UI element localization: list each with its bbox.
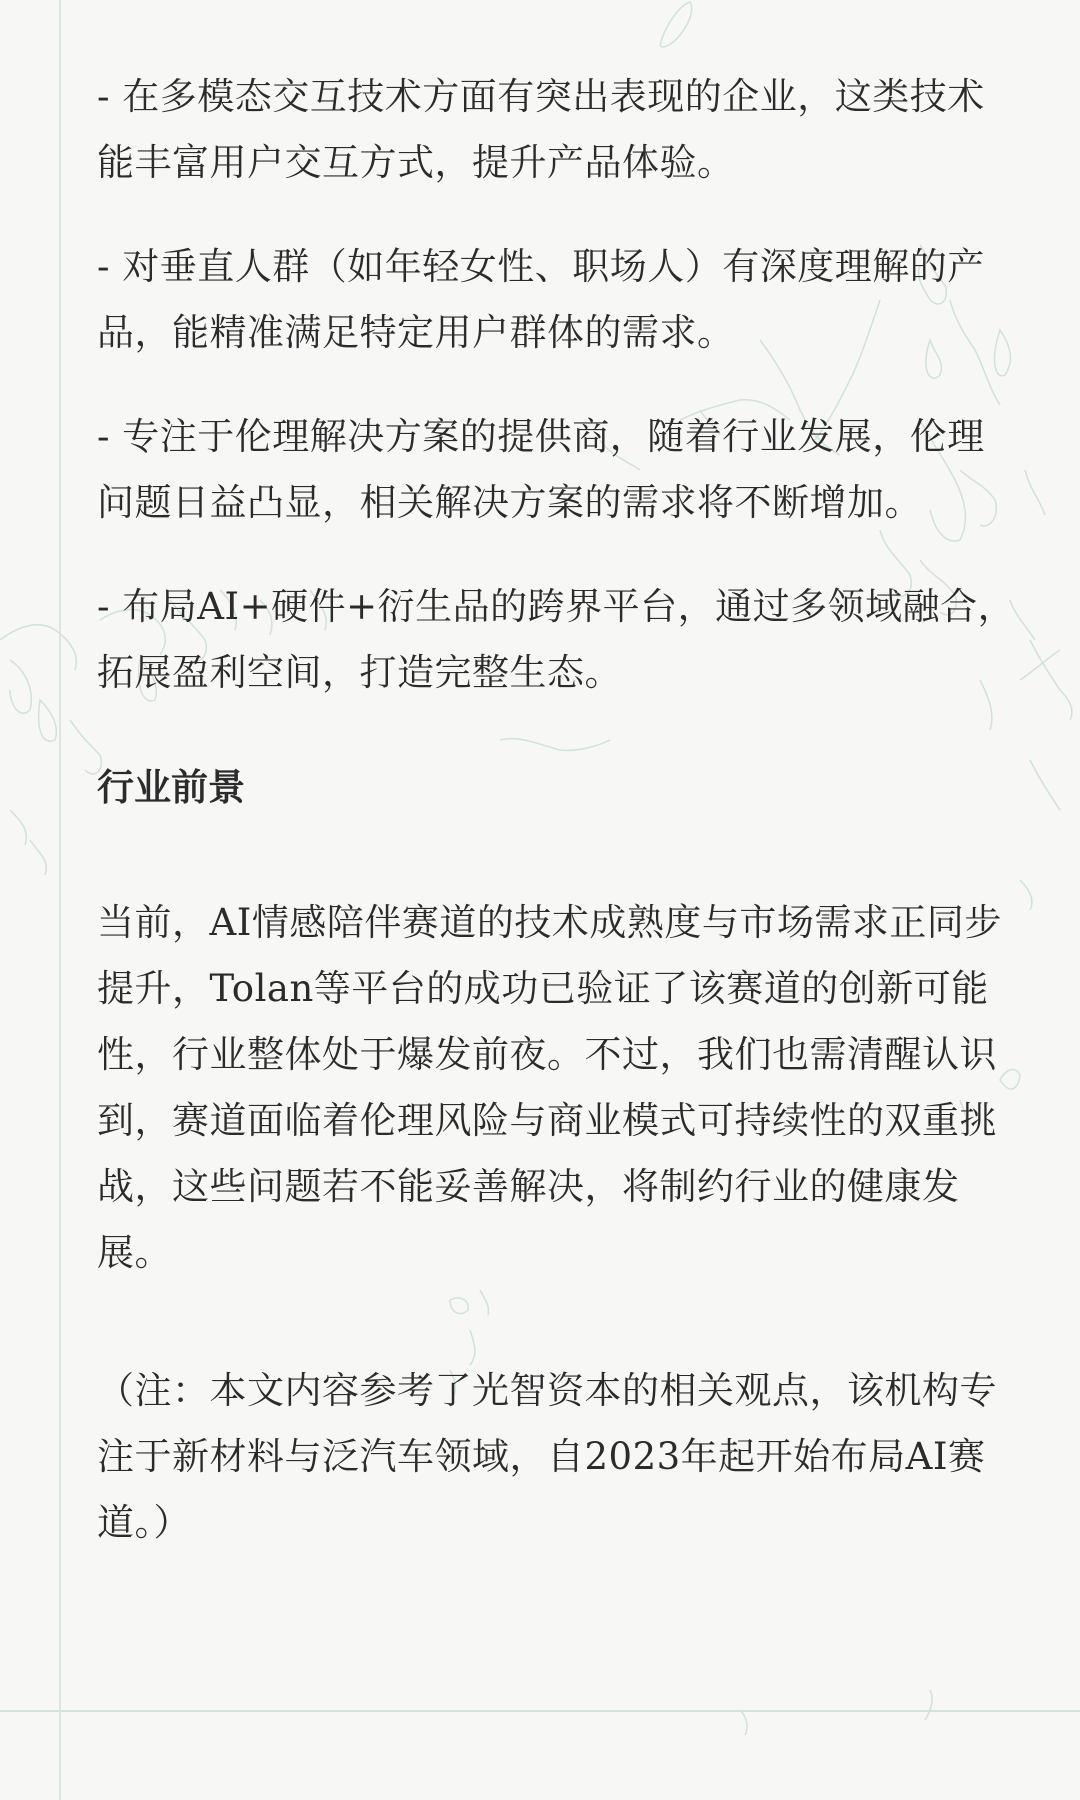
industry-outlook-paragraph: 当前，AI情感陪伴赛道的技术成熟度与市场需求正同步提升，Tolan等平台的成功已… (97, 890, 1022, 1286)
bullet-ethics-solutions: - 专注于伦理解决方案的提供商，随着行业发展，伦理问题日益凸显，相关解决方案的需… (97, 404, 1022, 536)
section-heading: 行业前景 (97, 754, 1022, 820)
vertical-margin-rule (59, 0, 61, 1800)
horizontal-footer-rule (0, 1710, 1080, 1712)
bullet-vertical-audience: - 对垂直人群（如年轻女性、职场人）有深度理解的产品，能精准满足特定用户群体的需… (97, 234, 1022, 366)
note-paragraph: （注：本文内容参考了光智资本的相关观点，该机构专注于新材料与泛汽车领域，自202… (97, 1358, 1022, 1556)
article-body: - 在多模态交互技术方面有突出表现的企业，这类技术能丰富用户交互方式，提升产品体… (97, 64, 1022, 1556)
bullet-cross-platform: - 布局AI+硬件+衍生品的跨界平台，通过多领域融合，拓展盈利空间，打造完整生态… (97, 574, 1022, 706)
bullet-multimodal: - 在多模态交互技术方面有突出表现的企业，这类技术能丰富用户交互方式，提升产品体… (97, 64, 1022, 196)
